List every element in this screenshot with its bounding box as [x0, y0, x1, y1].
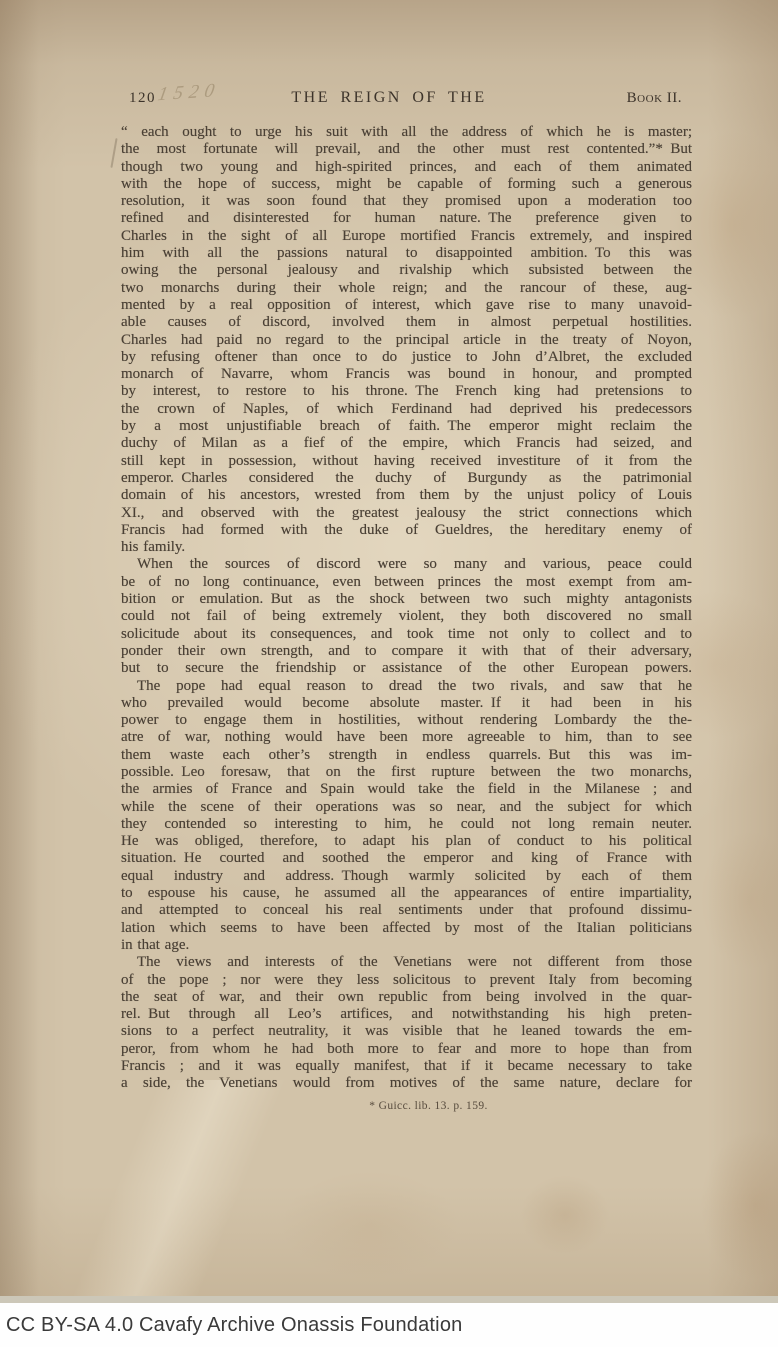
footnote: * Guicc. lib. 13. p. 159.	[121, 1100, 714, 1112]
text-line: to espouse his cause, he assumed all the…	[121, 885, 692, 902]
text-line: rel. But through all Leo’s artifices, an…	[121, 1006, 692, 1023]
text-line: his family.	[121, 539, 692, 556]
license-caption: CC BY-SA 4.0 Cavafy Archive Onassis Foun…	[0, 1314, 462, 1337]
text-line: resolution, it was soon found that they …	[121, 193, 692, 210]
text-line: and attempted to conceal his real sentim…	[121, 902, 692, 919]
text-line: while the scene of their operations was …	[121, 799, 692, 816]
text-line: domain of his ancestors, wrested from th…	[121, 487, 692, 504]
text-line: power to engage them in hostilities, wit…	[121, 712, 692, 729]
text-line: the armies of France and Spain would tak…	[121, 781, 692, 798]
text-line: ponder their own strength, and to compar…	[121, 643, 692, 660]
text-line: Charles in the sight of all Europe morti…	[121, 228, 692, 245]
text-line: The pope had equal reason to dread the t…	[121, 678, 692, 695]
text-line: peror, from whom he had both more to fea…	[121, 1041, 692, 1058]
text-line: of the pope ; nor were they less solicit…	[121, 972, 692, 989]
text-line: mented by a real opposition of interest,…	[121, 297, 692, 314]
text-line: him with all the passions natural to dis…	[121, 245, 692, 262]
text-line: equal industry and address. Though warml…	[121, 868, 692, 885]
text-line: two monarchs during their whole reign; a…	[121, 280, 692, 297]
text-line: in that age.	[121, 937, 692, 954]
text-line: be of no long continuance, even between …	[121, 574, 692, 591]
text-line: a side, the Venetians would from motives…	[121, 1075, 692, 1092]
text-line: He was obliged, therefore, to adapt his …	[121, 833, 692, 850]
text-line: could not fail of being extremely violen…	[121, 608, 692, 625]
text-line: they contended so interesting to him, he…	[121, 816, 692, 833]
paper-shadow	[0, 0, 110, 1303]
text-line: still kept in possession, without having…	[121, 453, 692, 470]
scanned-book-page: 120 1520 THE REIGN OF THE Book II. “ eac…	[0, 0, 778, 1303]
text-line: by a most unjustifiable breach of faith.…	[121, 418, 692, 435]
text-line: though two young and high-spirited princ…	[121, 159, 692, 176]
paragraph: “ each ought to urge his suit with all t…	[121, 124, 692, 556]
text-line: Francis ; and it was equally manifest, t…	[121, 1058, 692, 1075]
text-line: the most fortunate will prevail, and the…	[121, 141, 692, 158]
text-line: When the sources of discord were so many…	[121, 556, 692, 573]
text-line: with the hope of success, might be capab…	[121, 176, 692, 193]
text-line: but to secure the friendship or assistan…	[121, 660, 692, 677]
text-line: who prevailed would become absolute mast…	[121, 695, 692, 712]
text-line: owing the personal jealousy and rivalshi…	[121, 262, 692, 279]
text-line: Charles had paid no regard to the princi…	[121, 332, 692, 349]
text-line: sions to a perfect neutrality, it was vi…	[121, 1023, 692, 1040]
screenshot: 120 1520 THE REIGN OF THE Book II. “ eac…	[0, 0, 778, 1347]
paper-stain	[520, 1175, 610, 1255]
text-line: situation. He courted and soothed the em…	[121, 850, 692, 867]
text-line: refined and disinterested for human natu…	[121, 210, 692, 227]
text-line: monarch of Navarre, whom Francis was bou…	[121, 366, 692, 383]
text-line: able causes of discord, involved them in…	[121, 314, 692, 331]
paper-crease	[0, 1080, 380, 1303]
text-line: duchy of Milan as a fief of the empire, …	[121, 435, 692, 452]
text-line: emperor. Charles considered the duchy of…	[121, 470, 692, 487]
paper-stain	[700, 830, 778, 970]
text-line: the seat of war, and their own republic …	[121, 989, 692, 1006]
text-line: by refusing oftener than once to do just…	[121, 349, 692, 366]
text-line: atre of war, nothing would have been mor…	[121, 729, 692, 746]
text-line: lation which seems to have been affected…	[121, 920, 692, 937]
text-line: bition or emulation. But as the shock be…	[121, 591, 692, 608]
text-line: XI., and observed with the greatest jeal…	[121, 505, 692, 522]
text-line: The views and interests of the Venetians…	[121, 954, 692, 971]
text-line: solicitude about its consequences, and t…	[121, 626, 692, 643]
text-line: Francis had formed with the duke of Guel…	[121, 522, 692, 539]
paragraph: The views and interests of the Venetians…	[121, 954, 692, 1092]
page-bottom-edge	[0, 1296, 778, 1303]
paper-stain	[700, 1130, 778, 1280]
attribution-bar: CC BY-SA 4.0 Cavafy Archive Onassis Foun…	[0, 1303, 778, 1347]
text-line: possible. Leo foresaw, that on the first…	[121, 764, 692, 781]
text-line: by interest, to restore to his throne. T…	[121, 383, 692, 400]
text-line: the crown of Naples, of which Ferdinand …	[121, 401, 692, 418]
text-line: them waste each other’s strength in endl…	[121, 747, 692, 764]
paragraph: When the sources of discord were so many…	[121, 556, 692, 677]
text-line: “ each ought to urge his suit with all t…	[121, 124, 692, 141]
pencil-mark	[110, 138, 117, 168]
book-label: Book II.	[627, 90, 682, 107]
paragraph: The pope had equal reason to dread the t…	[121, 678, 692, 955]
body-text: “ each ought to urge his suit with all t…	[121, 124, 692, 1093]
paper-stain	[280, 1170, 460, 1280]
